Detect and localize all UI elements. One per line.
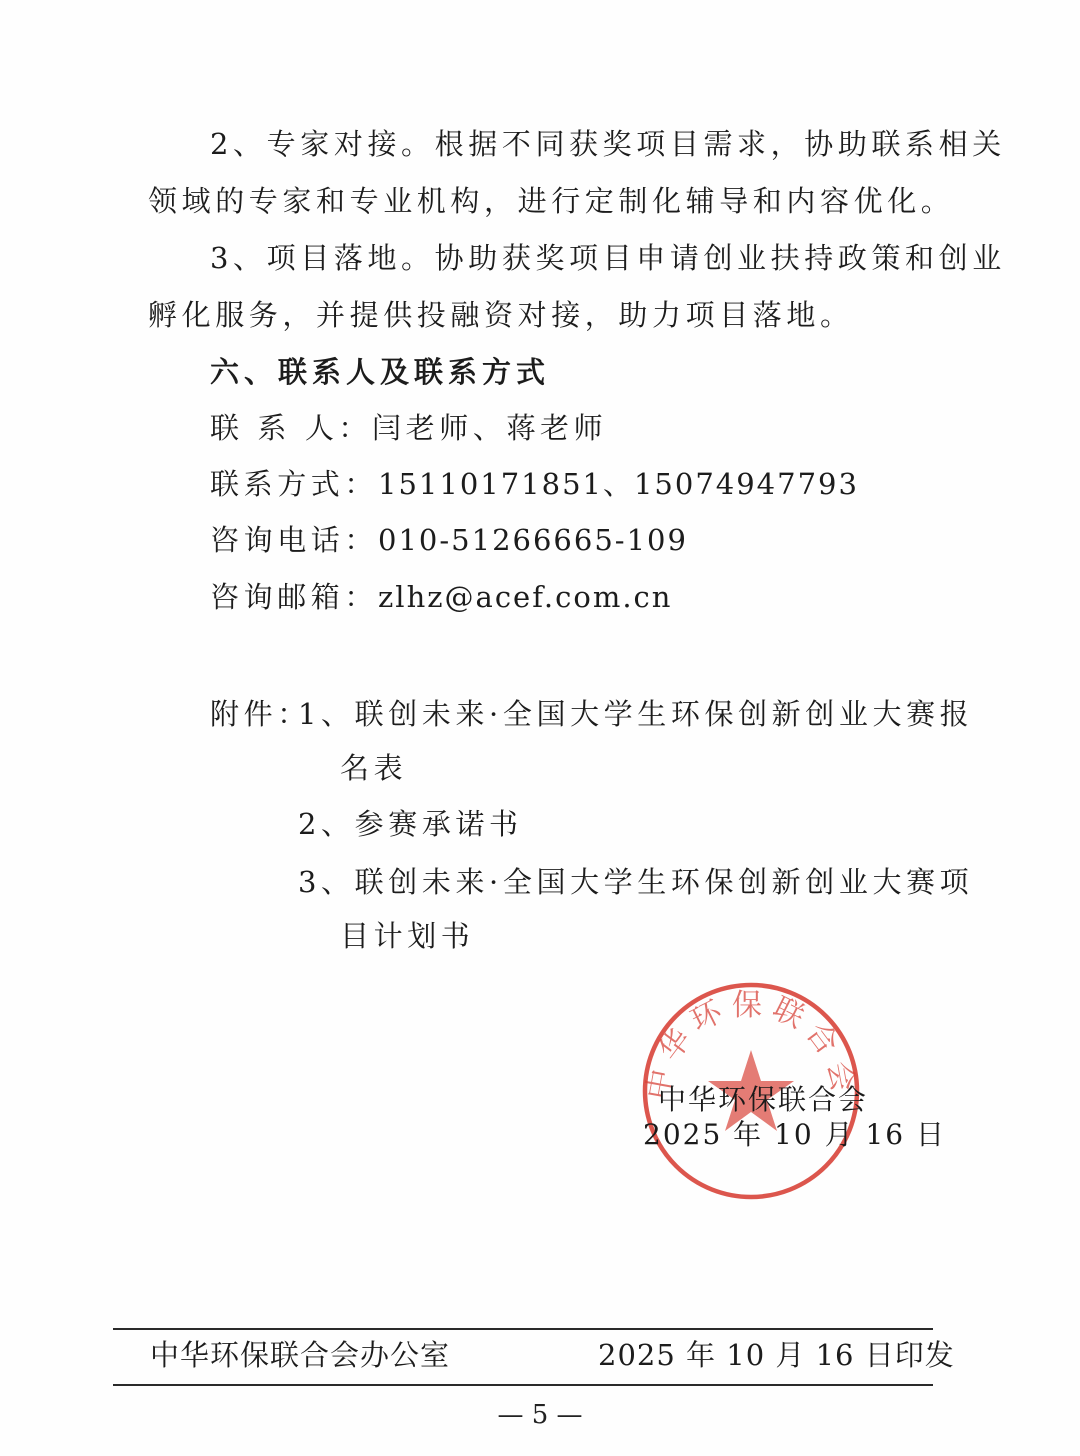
contact-row-hotline: 咨询电话：010-51266665-109: [210, 520, 688, 560]
footer-top-rule: [113, 1328, 933, 1330]
contact-value: 010-51266665-109: [378, 523, 688, 557]
page-number: — 5 —: [0, 1400, 1080, 1430]
attachment-item-1-line-2: 名表: [340, 748, 407, 788]
paragraph-2-line-2: 领域的专家和专业机构，进行定制化辅导和内容优化。: [148, 181, 954, 221]
contact-row-email: 咨询邮箱：zlhz@acef.com.cn: [210, 577, 672, 617]
contact-row-phone: 联系方式：15110171851、15074947793: [210, 464, 859, 504]
paragraph-3-line-1: 3、项目落地。协助获奖项目申请创业扶持政策和创业: [210, 238, 1006, 278]
contact-row-person: 联 系 人：闫老师、蒋老师: [210, 408, 607, 448]
attachment-item-2: 2、参赛承诺书: [298, 804, 523, 844]
contact-email-link[interactable]: zlhz@acef.com.cn: [378, 580, 672, 614]
footer-issue-date: 2025 年 10 月 16 日印发: [598, 1335, 955, 1375]
section-heading-contacts: 六、联系人及联系方式: [210, 352, 550, 392]
contact-label: 联系方式：: [210, 467, 378, 501]
attachment-item-3-line-2: 目计划书: [340, 916, 474, 956]
paragraph-3-line-2: 孵化服务，并提供投融资对接，助力项目落地。: [148, 295, 854, 335]
footer-bottom-rule: [113, 1384, 933, 1386]
contact-label: 咨询电话：: [210, 523, 378, 557]
contact-label: 联 系 人：: [210, 411, 372, 445]
attachments-label: 附件：: [210, 694, 311, 734]
attachment-item-3-line-1: 3、联创未来·全国大学生环保创新创业大赛项: [298, 862, 973, 902]
contact-label: 咨询邮箱：: [210, 580, 378, 614]
attachment-item-1-line-1: 1、联创未来·全国大学生环保创新创业大赛报: [298, 694, 973, 734]
signature-organization: 中华环保联合会: [658, 1082, 868, 1118]
contact-value: 闫老师、蒋老师: [372, 411, 607, 445]
footer-issuer: 中华环保联合会办公室: [150, 1335, 450, 1375]
paragraph-2-line-1: 2、专家对接。根据不同获奖项目需求，协助联系相关: [210, 124, 1006, 164]
signature-date: 2025 年 10 月 16 日: [643, 1117, 946, 1153]
contact-value: 15110171851、15074947793: [378, 467, 859, 501]
